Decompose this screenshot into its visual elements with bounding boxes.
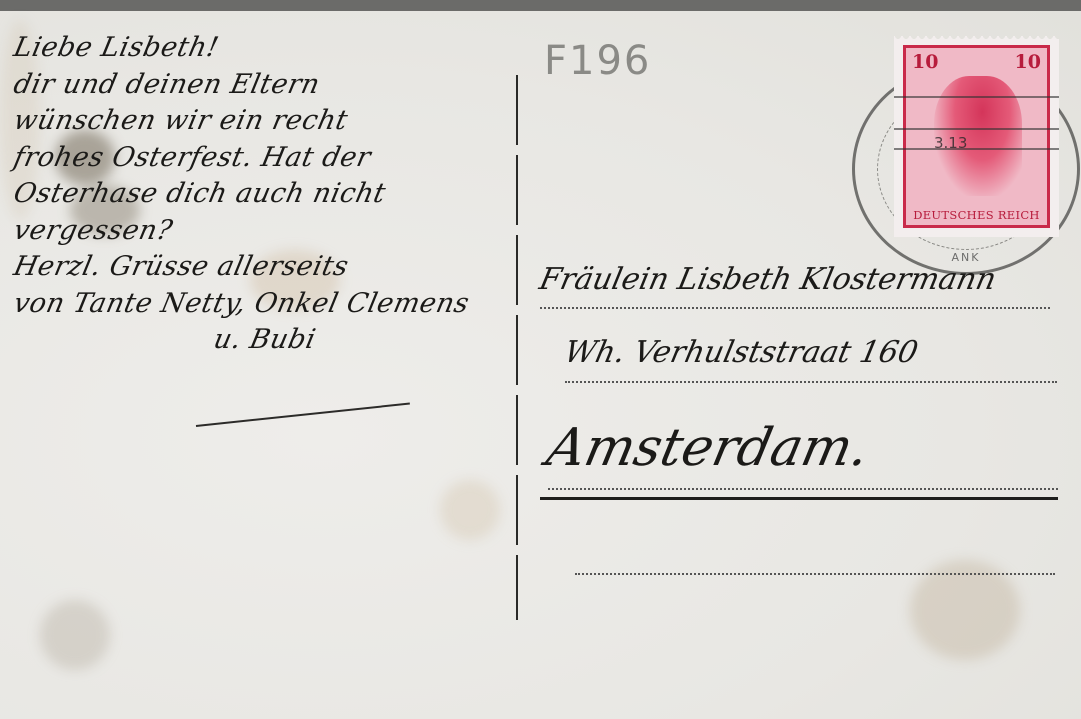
stain [440,480,500,540]
stamp-frame: 10 10 DEUTSCHES REICH [903,45,1050,228]
catalog-note: F196 [544,38,651,84]
message-signature: u. Bubi [10,322,518,359]
fingerprint-stain [910,560,1020,660]
message-line: Osterhase dich auch nicht [10,176,518,213]
stain [40,600,110,670]
address-recipient: Fräulein Lisbeth Klostermann [536,262,999,297]
cancel-line [874,96,1081,98]
message-line: Herzl. Grüsse allerseits [10,249,518,286]
address-dotted-line [548,488,1058,490]
message-line: wünschen wir ein recht [10,103,518,140]
cancel-line [874,148,1081,150]
message-line: Liebe Lisbeth! [10,30,518,67]
stamp-value-left: 10 [912,51,938,73]
address-city: Amsterdam. [542,418,875,478]
handwritten-message: Liebe Lisbeth! dir und deinen Eltern wün… [14,30,514,359]
message-line: dir und deinen Eltern [10,67,518,104]
message-line: von Tante Netty, Onkel Clemens [10,286,518,323]
cancel-line [874,128,1081,130]
address-street: Wh. Verhulststraat 160 [561,335,921,370]
center-divider-line [516,75,518,620]
cancel-date: 3.13 [934,134,967,152]
message-line: vergessen? [10,213,518,250]
city-underline [540,497,1058,500]
postage-stamp: 10 10 DEUTSCHES REICH 3.13 [894,36,1059,237]
scan-top-border [0,0,1081,11]
address-dotted-line [565,381,1057,383]
address-dotted-line [540,307,1050,309]
stamp-value-right: 10 [1015,51,1041,73]
message-line: frohes Osterfest. Hat der [10,140,518,177]
stamp-country: DEUTSCHES REICH [906,208,1047,222]
address-dotted-line [575,573,1055,575]
